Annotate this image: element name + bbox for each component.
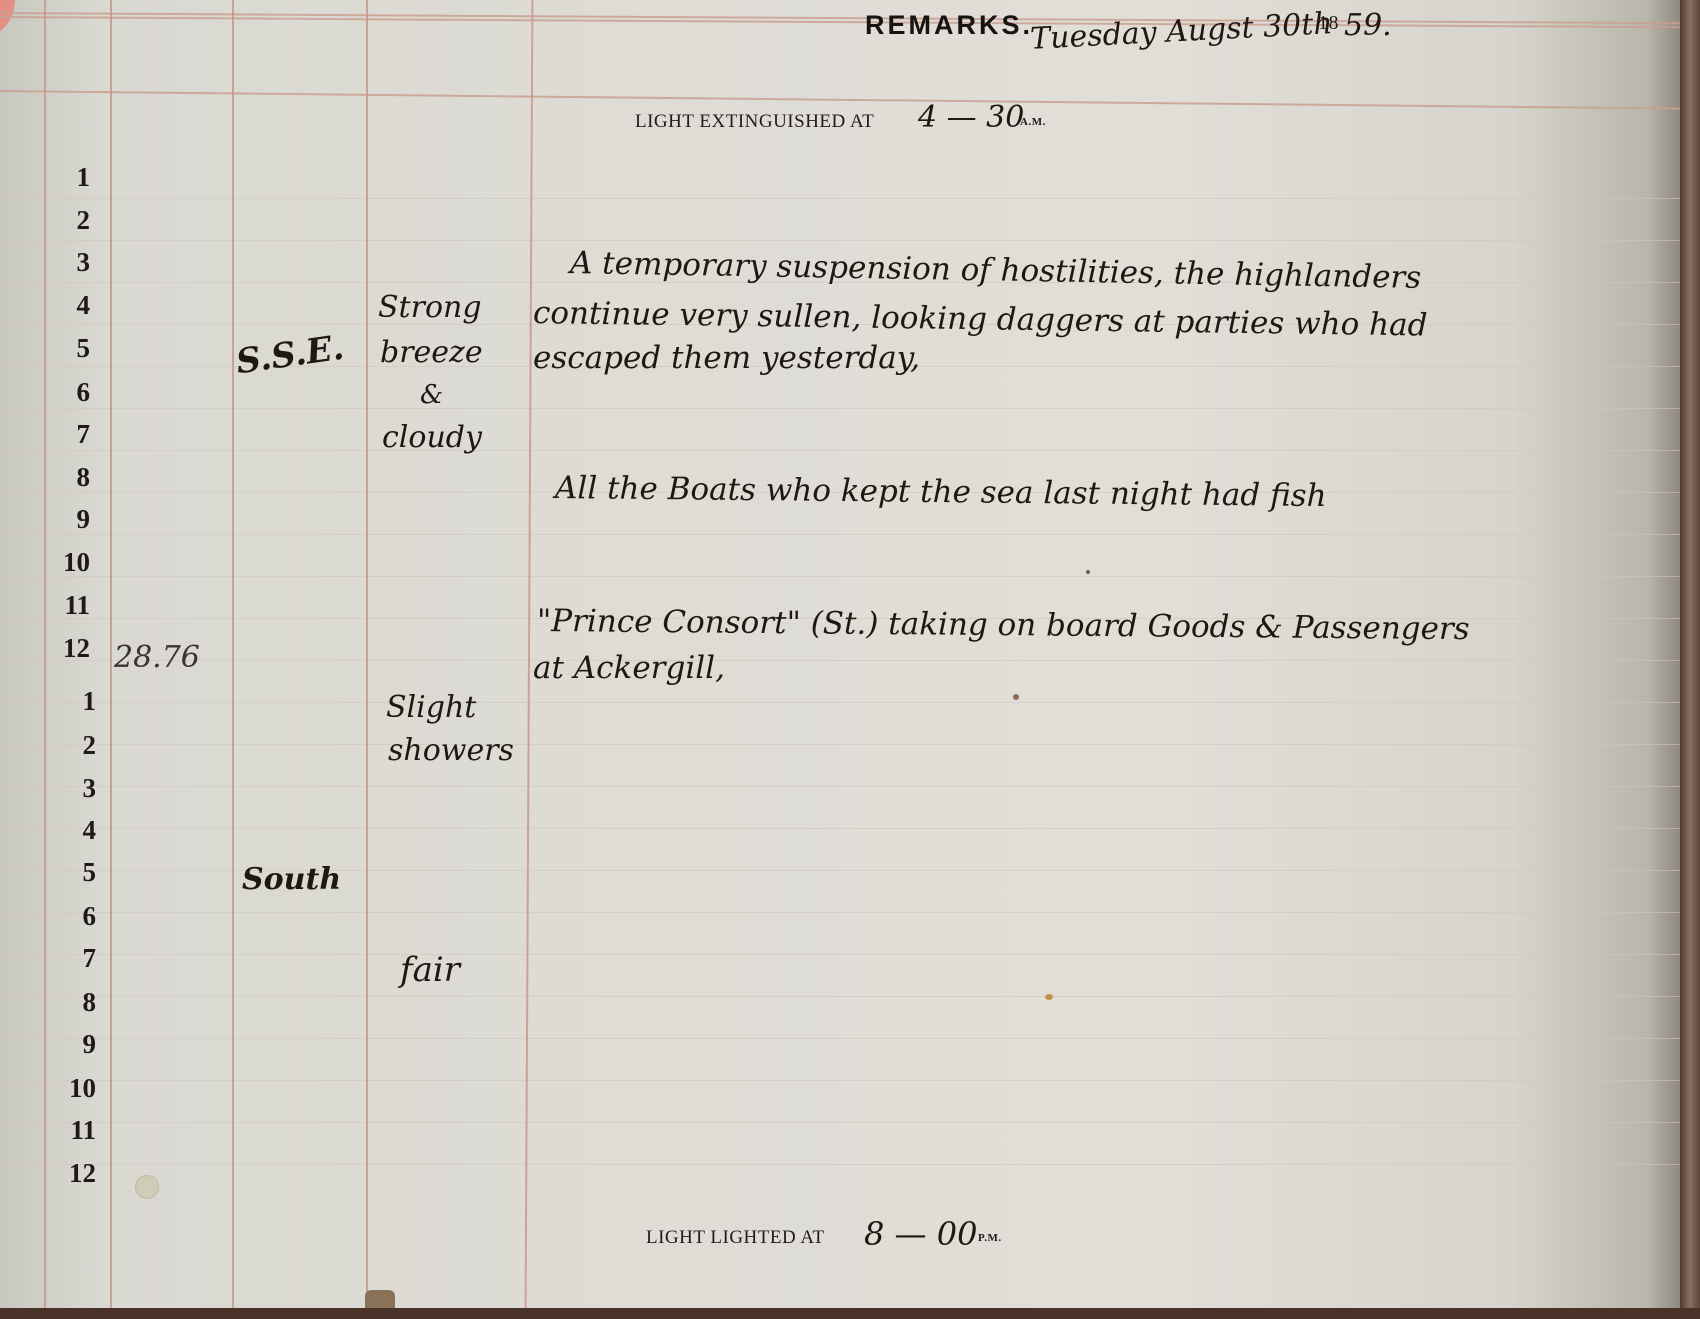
hour-label: 2 [36,730,96,761]
wind-direction-morning: S.S.E. [234,328,347,383]
hour-label: 5 [36,857,96,888]
header-rule [0,90,1680,110]
hour-label: 11 [30,590,90,621]
book-spine [1680,0,1700,1319]
hour-label: 10 [30,547,90,578]
remark-line: All the Boats who kept the sea last nigh… [555,470,1327,514]
column-rule-wind [366,0,368,1310]
column-rule-hours [110,0,112,1310]
weather-line: Strong [378,290,482,325]
hour-label: 2 [30,205,90,236]
hour-label: 6 [30,377,90,408]
remark-line: at Ackergill, [533,650,725,686]
remarks-title: REMARKS. [865,10,1033,41]
barometer-reading: 28.76 [114,640,200,675]
thumb-edge [0,0,15,40]
remark-line: A temporary suspension of hostilities, t… [570,245,1422,296]
wind-direction-afternoon: South [242,862,341,897]
ink-blot [135,1175,159,1199]
weather-line: & [420,380,443,410]
hour-label: 6 [36,901,96,932]
light-lighted-time: 8 — 00 [864,1215,977,1253]
remark-line: "Prince Consort" (St.) taking on board G… [537,603,1470,647]
column-rule-weather [525,0,533,1310]
ledger-page: REMARKS. Tuesday Augst 30th 18 59. LIGHT… [0,0,1680,1310]
hour-label: 1 [36,686,96,717]
hour-label: 12 [36,1158,96,1189]
weather-line: showers [388,733,514,768]
hour-label: 8 [30,462,90,493]
remark-line: continue very sullen, looking daggers at… [533,295,1428,343]
date-handwritten: Tuesday Augst 30th [1029,6,1333,57]
remark-line: escaped them yesterday, [533,340,920,376]
ink-speck [1013,694,1019,700]
hour-label: 9 [30,504,90,535]
hour-label: 7 [36,943,96,974]
hour-label: 12 [30,633,90,664]
weather-line: Slight [386,690,476,725]
light-lighted-label: LIGHT LIGHTED AT [646,1227,825,1249]
light-extinguished-time: 4 — 30 [918,100,1024,135]
hour-label: 10 [36,1073,96,1104]
light-lighted-suffix: P.M. [978,1232,1002,1244]
hour-label: 3 [30,247,90,278]
year-handwritten: 59. [1344,8,1392,43]
weather-line: breeze [380,335,483,370]
year-printed: 18 [1318,12,1339,35]
column-rule-barometer [232,0,234,1310]
hour-label: 5 [30,333,90,364]
hour-label: 3 [36,773,96,804]
hour-label: 7 [30,419,90,450]
hour-label: 4 [30,290,90,321]
hour-label: 11 [36,1115,96,1146]
weather-line: cloudy [382,420,482,455]
light-extinguished-suffix: A.M. [1020,116,1046,128]
page-tear [365,1290,395,1310]
hour-label: 8 [36,987,96,1018]
hour-label: 1 [30,162,90,193]
ink-speck [1086,570,1090,574]
page-bottom-edge [0,1308,1700,1319]
hour-label: 9 [36,1029,96,1060]
light-extinguished-label: LIGHT EXTINGUISHED AT [635,111,874,133]
hour-label: 4 [36,815,96,846]
weather-entry-evening: fair [400,950,460,990]
stain-speck [1045,994,1053,1000]
